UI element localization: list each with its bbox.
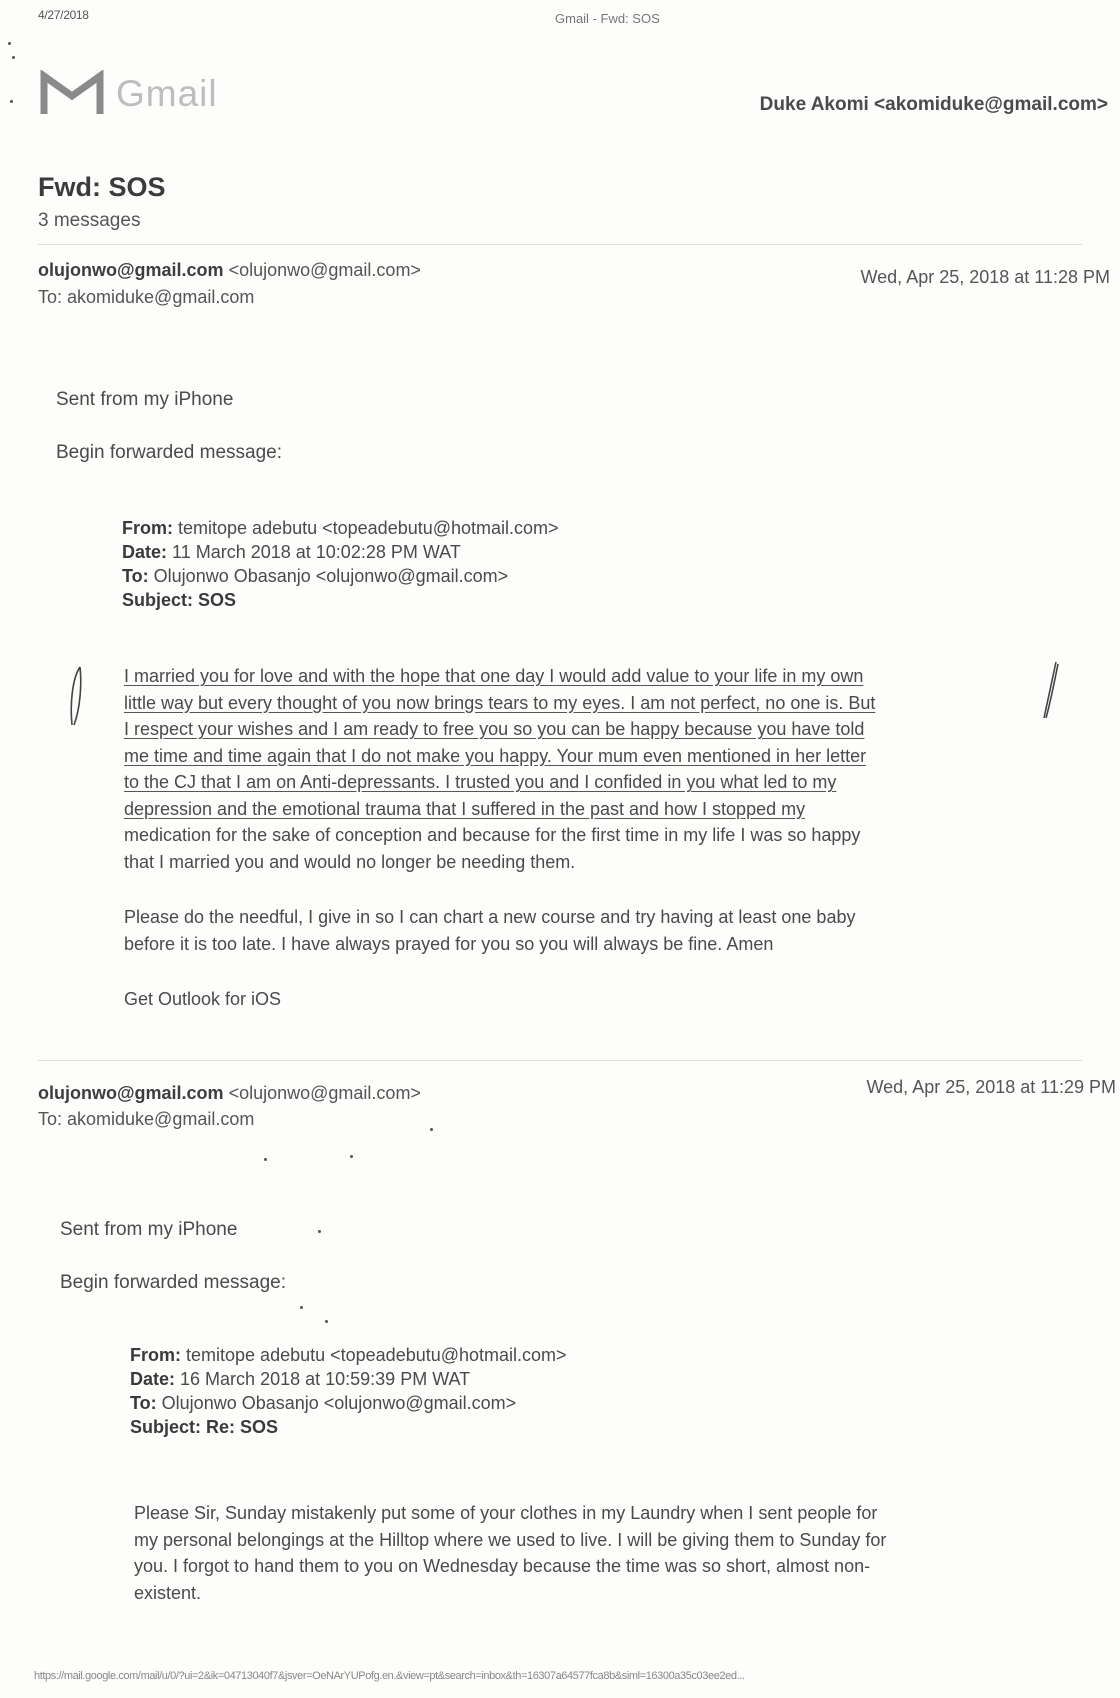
thread-title: Fwd: SOS: [38, 172, 166, 203]
thread-divider: [38, 244, 1082, 245]
handwritten-bracket-left-icon: [66, 665, 88, 727]
scan-speck: [12, 56, 15, 59]
message-signature: Sent from my iPhone: [56, 387, 233, 413]
forwarded-from: From: temitope adebutu <topeadebutu@hotm…: [122, 516, 559, 540]
forwarded-body-paragraph-2: Please do the needful, I give in so I ca…: [124, 904, 1044, 957]
forwarded-date: Date: 11 March 2018 at 10:02:28 PM WAT: [122, 540, 559, 564]
message-count: 3 messages: [38, 210, 140, 232]
sender-name: olujonwo@gmail.com: [38, 1083, 224, 1103]
message-signature: Sent from my iPhone: [60, 1217, 237, 1243]
forward-intro: Begin forwarded message:: [56, 440, 282, 466]
gmail-m-icon: [38, 70, 106, 118]
scan-speck: [350, 1155, 353, 1158]
scan-speck: [264, 1158, 267, 1161]
forward-intro: Begin forwarded message:: [60, 1270, 286, 1296]
forwarded-subject: Subject: SOS: [122, 588, 559, 612]
gmail-wordmark: Gmail: [116, 73, 218, 115]
forwarded-body-paragraph-1: Please Sir, Sunday mistakenly put some o…: [134, 1500, 1054, 1606]
gmail-logo[interactable]: Gmail: [38, 70, 218, 118]
forwarded-from: From: temitope adebutu <topeadebutu@hotm…: [130, 1343, 567, 1367]
message-date: Wed, Apr 25, 2018 at 11:29 PM: [867, 1077, 1117, 1098]
scan-speck: [318, 1230, 321, 1233]
scan-speck: [10, 100, 13, 103]
scan-speck: [325, 1320, 328, 1323]
message-date: Wed, Apr 25, 2018 at 11:28 PM: [861, 267, 1111, 288]
scan-speck: [300, 1306, 303, 1309]
sender-email: <olujonwo@gmail.com>: [229, 260, 421, 280]
forwarded-subject: Subject: Re: SOS: [130, 1415, 567, 1439]
print-footer-url: https://mail.google.com/mail/u/0/?ui=2&i…: [34, 1670, 745, 1682]
forwarded-to: To: Olujonwo Obasanjo <olujonwo@gmail.co…: [122, 564, 559, 588]
message-recipient: To: akomiduke@gmail.com: [38, 1109, 254, 1130]
forwarded-header: From: temitope adebutu <topeadebutu@hotm…: [122, 516, 559, 612]
print-date: 4/27/2018: [38, 8, 89, 22]
forwarded-body-paragraph-1: I married you for love and with the hope…: [124, 663, 1044, 875]
forwarded-date: Date: 16 March 2018 at 10:59:39 PM WAT: [130, 1367, 567, 1391]
scan-speck: [8, 42, 11, 45]
outlook-signature-link[interactable]: Get Outlook for iOS: [124, 986, 281, 1013]
forwarded-header: From: temitope adebutu <topeadebutu@hotm…: [130, 1343, 567, 1439]
scan-speck: [430, 1128, 433, 1131]
print-page-title: Gmail - Fwd: SOS: [555, 11, 660, 26]
sender-email: <olujonwo@gmail.com>: [229, 1083, 421, 1103]
message-divider: [38, 1060, 1082, 1061]
sender-name: olujonwo@gmail.com: [38, 260, 224, 280]
message-recipient: To: akomiduke@gmail.com: [38, 287, 254, 308]
forwarded-to: To: Olujonwo Obasanjo <olujonwo@gmail.co…: [130, 1391, 567, 1415]
message-sender[interactable]: olujonwo@gmail.com <olujonwo@gmail.com>: [38, 260, 421, 281]
account-label: Duke Akomi <akomiduke@gmail.com>: [760, 94, 1108, 116]
message-sender[interactable]: olujonwo@gmail.com <olujonwo@gmail.com>: [38, 1083, 421, 1104]
